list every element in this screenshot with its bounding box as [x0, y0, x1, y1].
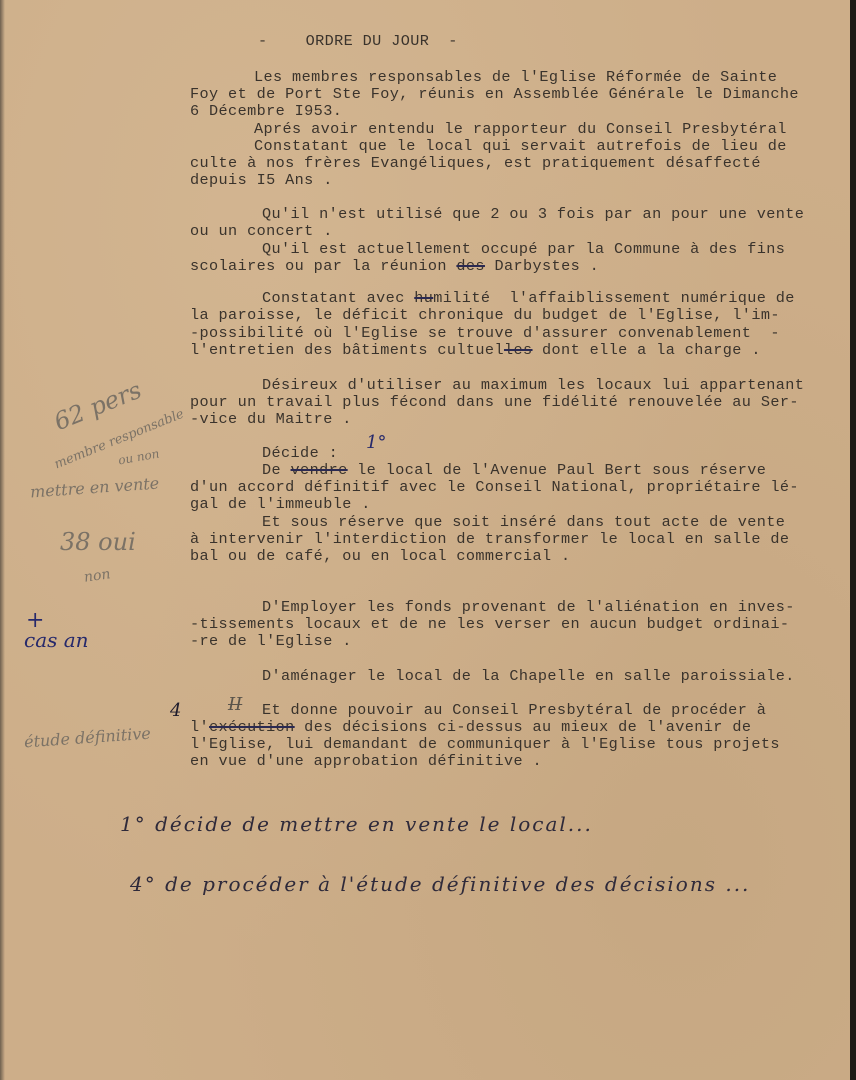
- text-line: gal de l'immeuble .: [190, 496, 371, 514]
- struck-word: hu: [414, 289, 433, 307]
- handwritten-note-2: 4° de procéder à l'étude définitive des …: [130, 872, 750, 896]
- text-line-with-correction: l'entretien des bâtiments cultuelles don…: [190, 342, 761, 360]
- text-line: Désireux d'utiliser au maximum les locau…: [262, 377, 804, 395]
- text-line: Qu'il n'est utilisé que 2 ou 3 fois par …: [262, 206, 804, 224]
- typewritten-body: - ORDRE DU JOUR - Les membres responsabl…: [0, 0, 19, 757]
- text: De: [262, 461, 291, 479]
- text-line: Les membres responsables de l'Eglise Réf…: [254, 69, 777, 87]
- margin-note: cas an: [24, 628, 89, 652]
- text-line-with-correction: Constatant avec humilité l'affaiblisseme…: [262, 290, 795, 308]
- text-line: en vue d'une approbation définitive .: [190, 753, 542, 771]
- text-line: bal ou de café, ou en local commercial .: [190, 548, 571, 566]
- text: dont elle a la charge .: [533, 341, 761, 359]
- annotation-1: 1°: [366, 432, 386, 453]
- struck-word: des: [456, 257, 485, 275]
- struck-word: vendre: [291, 461, 348, 479]
- text-line: -possibilité où l'Eglise se trouve d'ass…: [190, 325, 780, 343]
- text-line: D'aménager le local de la Chapelle en sa…: [262, 668, 795, 686]
- text-line: Constatant que le local qui servait autr…: [254, 138, 787, 156]
- text-line: d'un accord définitif avec le Conseil Na…: [190, 479, 799, 497]
- text: l'entretien des bâtiments cultuel: [190, 341, 504, 359]
- text: l': [190, 718, 209, 736]
- text: scolaires ou par la réunion: [190, 257, 456, 275]
- text-line: Et sous réserve que soit inséré dans tou…: [262, 514, 785, 532]
- page-right-edge: [850, 0, 856, 1080]
- struck-numeral: II: [228, 694, 242, 715]
- document-title: - ORDRE DU JOUR -: [258, 33, 458, 51]
- text-line: l'Eglise, lui demandant de communiquer à…: [190, 736, 780, 754]
- text-line: D'Employer les fonds provenant de l'alié…: [262, 599, 795, 617]
- text: milité l'affaiblissement numérique de: [433, 289, 795, 307]
- text-line: ou un concert .: [190, 223, 333, 241]
- text-line-with-correction: l'exécution des décisions ci-dessus au m…: [190, 719, 751, 737]
- text-line: 6 Décembre I953.: [190, 103, 342, 121]
- text-line: Aprés avoir entendu le rapporteur du Con…: [254, 121, 787, 139]
- text: Darbystes .: [485, 257, 599, 275]
- text: Constatant avec: [262, 289, 414, 307]
- text: des décisions ci-dessus au mieux de l'av…: [295, 718, 752, 736]
- text: le local de l'Avenue Paul Bert sous rése…: [348, 461, 767, 479]
- text-line: culte à nos frères Evangéliques, est pra…: [190, 155, 761, 173]
- struck-word: exécution: [209, 718, 295, 736]
- struck-word: les: [504, 341, 533, 359]
- text-line: -tissements locaux et de ne les verser e…: [190, 616, 789, 634]
- text-line: Foy et de Port Ste Foy, réunis en Assemb…: [190, 86, 799, 104]
- text-line: à intervenir l'interdiction de transform…: [190, 531, 789, 549]
- annotation-4: 4: [170, 700, 181, 721]
- margin-note: 38 oui: [60, 528, 136, 556]
- text-line: -vice du Maitre .: [190, 411, 352, 429]
- text-line-with-correction: De vendre le local de l'Avenue Paul Bert…: [262, 462, 766, 480]
- text-line: -re de l'Eglise .: [190, 633, 352, 651]
- text-line-with-correction: scolaires ou par la réunion des Darbyste…: [190, 258, 599, 276]
- handwritten-note-1: 1° décide de mettre en vente le local...: [120, 812, 593, 836]
- text-line: Qu'il est actuellement occupé par la Com…: [262, 241, 785, 259]
- decide-heading: Décide :: [262, 445, 338, 463]
- text-line: pour un travail plus fécond dans une fid…: [190, 394, 799, 412]
- text-line: la paroisse, le déficit chronique du bud…: [190, 307, 780, 325]
- text-line: depuis I5 Ans .: [190, 172, 333, 190]
- text-line: Et donne pouvoir au Conseil Presbytéral …: [262, 702, 766, 720]
